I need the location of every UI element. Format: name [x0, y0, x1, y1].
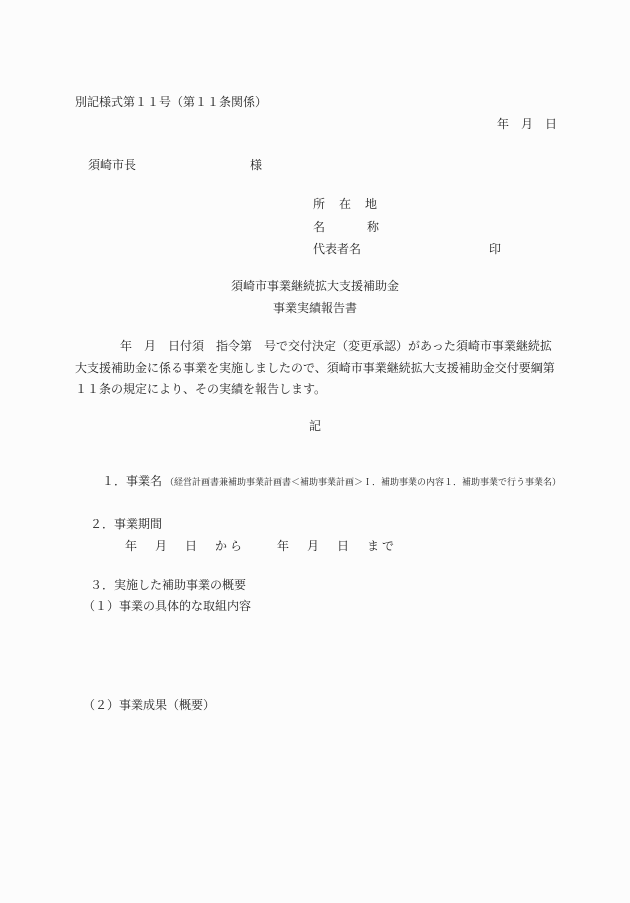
body-paragraph-line3: １１条の規定により、その実績を報告します。 — [75, 382, 563, 396]
document-title-line2: 事業実績報告書 — [0, 301, 630, 315]
body-paragraph-line1: 年 月 日付須 指令第 号で交付決定（変更承認）があった須崎市事業継続拡 — [75, 339, 608, 353]
addressee-honorific: 様 — [250, 158, 262, 172]
applicant-address-label: 所在地 — [313, 197, 377, 211]
record-mark: 記 — [0, 419, 630, 433]
seal-mark: 印 — [489, 242, 501, 256]
date-line: 年 月 日 — [497, 117, 557, 131]
section3-sub1: （１）事業の具体的な取組内容 — [83, 599, 251, 613]
document-page: 別記様式第１１号（第１１条関係） 年 月 日 須崎市長 様 所在地 名称 代表者… — [0, 0, 630, 903]
body-paragraph-line2: 大支援補助金に係る事業を実施しましたので、須崎市事業継続拡大支援補助金交付要綱第 — [75, 361, 563, 375]
applicant-name-label: 名称 — [313, 220, 379, 234]
section3-sub2: （２）事業成果（概要） — [83, 698, 215, 712]
addressee: 須崎市長 — [88, 158, 136, 172]
section2-label: ２．事業期間 — [90, 517, 162, 531]
period-from: 年 月 日 から — [125, 539, 245, 553]
period-to: 年 月 日 まで — [277, 539, 397, 553]
section3-label: ３．実施した補助事業の概要 — [90, 578, 246, 592]
section1-label: １．事業名 — [102, 474, 162, 488]
section1-note: （経営計画書兼補助事業計画書＜補助事業計画＞Ｉ．補助事業の内容１．補助事業で行う… — [165, 477, 561, 487]
section1-line: １．事業名（経営計画書兼補助事業計画書＜補助事業計画＞Ｉ．補助事業の内容１．補助… — [90, 460, 561, 503]
document-title-line1: 須崎市事業継続拡大支援補助金 — [0, 279, 630, 293]
form-number: 別記様式第１１号（第１１条関係） — [75, 95, 267, 109]
applicant-representative-label: 代表者名 — [313, 242, 361, 256]
